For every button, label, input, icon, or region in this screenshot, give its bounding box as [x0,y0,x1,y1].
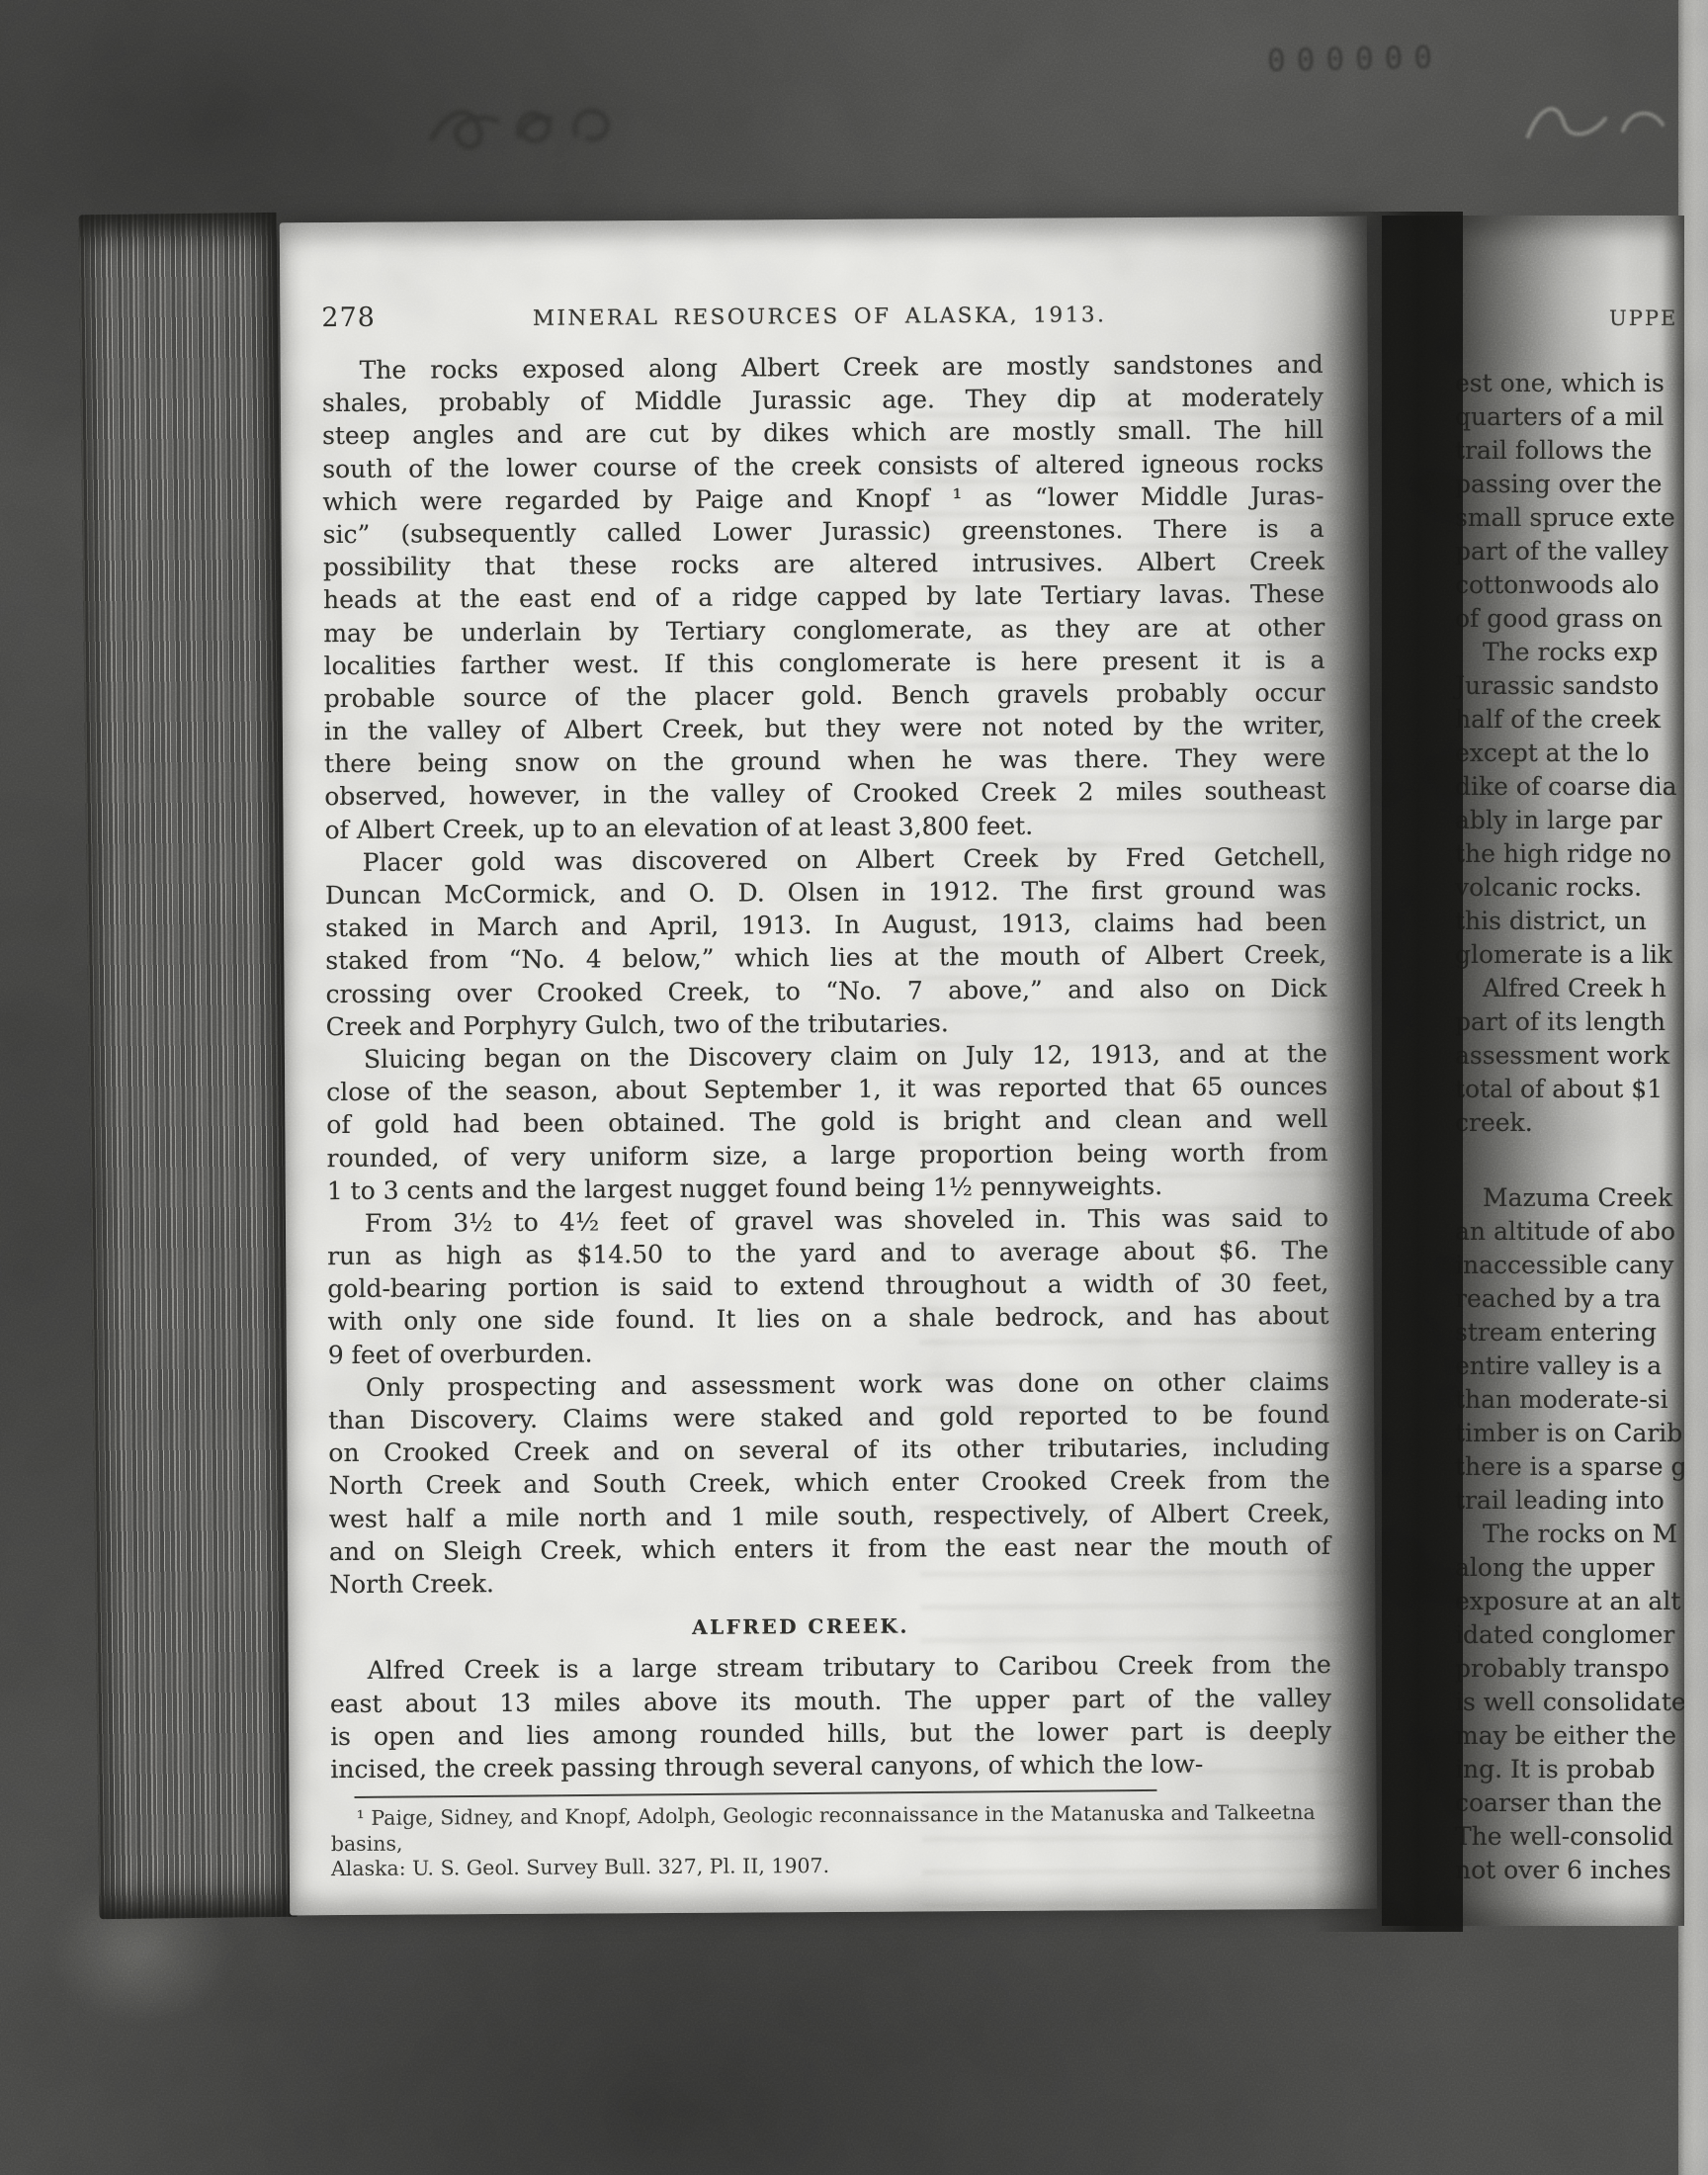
text-line-fragment: The rocks exp [1455,636,1684,669]
text-line: of gold had been obtained. The gold is b… [326,1102,1327,1141]
text-line-fragment: part of its length [1455,1005,1684,1039]
text-line-fragment: assessment work [1455,1039,1684,1073]
text-line: North Creek. [329,1562,1330,1601]
text-line: incised, the creek passing through sever… [330,1747,1331,1785]
text-line-fragment: Jurassic sandsto [1455,669,1684,703]
running-header: 278 MINERAL RESOURCES OF ALASKA, 1913. [321,296,1323,336]
text-line-fragment: ably in large par [1455,804,1684,837]
text-line-fragment: The well-consolid [1455,1820,1684,1854]
text-line-fragment: timber is on Carib [1455,1417,1684,1450]
text-line-fragment: Mazuma Creek [1455,1181,1684,1215]
text-line-fragment: cottonwoods alo [1455,568,1684,602]
text-line-fragment: The rocks on M [1455,1518,1684,1551]
body-text: The rocks exposed along Albert Creek are… [322,348,1332,1785]
text-line-fragment: trail follows the [1455,434,1684,468]
scanned-book-page: 000000 278 MINERAL RESOURCES OF ALASKA, … [0,0,1708,2175]
text-line-fragment: except at the lo [1455,737,1684,770]
text-line: crossing over Crooked Creek, to “No. 7 a… [325,971,1326,1009]
text-line-fragment: the high ridge no [1455,837,1684,871]
text-line: and on Sleigh Creek, which enters it fro… [329,1529,1330,1568]
section-paragraph-lines: Alfred Creek is a large stream tributary… [330,1648,1332,1785]
text-line-fragment: idated conglomer [1455,1618,1684,1652]
left-page: 278 MINERAL RESOURCES OF ALASKA, 1913. T… [280,217,1377,1916]
text-line-fragment: glomerate is a lik [1455,938,1684,972]
text-line: steep angles and are cut by dikes which … [322,413,1324,452]
text-line-fragment: trail leading into [1455,1484,1684,1518]
text-line-fragment: along the upper [1455,1551,1684,1585]
text-line-fragment: inaccessible cany [1455,1249,1684,1282]
section-heading: ALFRED CREEK. [329,1608,1271,1646]
text-line-fragment: probably transpo [1455,1652,1684,1686]
text-line-fragment: than moderate-si [1455,1383,1684,1417]
text-line: North Creek and South Creek, which enter… [328,1463,1329,1502]
text-line-fragment: this district, un [1455,905,1684,938]
text-line-fragment: Alfred Creek h [1455,972,1684,1005]
text-line-fragment: an altitude of abo [1455,1215,1684,1249]
text-line-fragment: dike of coarse dia [1455,770,1684,804]
right-running-header: UPPE [1382,303,1684,335]
footnote-rule [355,1789,1157,1798]
text-line-fragment: may be either the [1455,1719,1684,1753]
text-line-fragment: quarters of a mil [1455,400,1684,434]
right-body-text: est one, which isquarters of a miltrail … [1455,367,1684,1887]
text-line: with only one side found. It lies on a s… [327,1299,1328,1338]
text-line: staked from “No. 4 below,” which lies at… [325,938,1326,977]
text-line-fragment: is well consolidate [1455,1686,1684,1719]
text-line-fragment: reached by a tra [1455,1282,1684,1316]
text-line: Alfred Creek is a large stream tributary… [330,1648,1331,1687]
text-line-fragment: not over 6 inches [1455,1854,1684,1887]
footnote-line: Alaska: U. S. Geol. Survey Bull. 327, Pl… [331,1851,1332,1882]
text-line-fragment: stream entering [1455,1316,1684,1349]
text-line-fragment: entire valley is a [1455,1349,1684,1383]
text-line-fragment: ing. It is probab [1455,1753,1684,1786]
text-line-fragment: creek. [1455,1106,1684,1140]
text-line: rounded, of very uniform size, a large p… [326,1135,1327,1174]
text-line: heads at the east end of a ridge capped … [323,577,1324,616]
text-line-fragment: passing over the [1455,468,1684,501]
footnote: ¹ Paige, Sidney, and Knopf, Adolph, Geol… [330,1789,1332,1882]
text-line-fragment: coarser than the [1455,1786,1684,1820]
page-number: 278 [321,302,376,334]
text-line-fragment: part of the valley [1455,535,1684,568]
fanned-page-edges [78,213,297,1919]
text-line-fragment: of good grass on [1455,602,1684,636]
faint-stamp-digits: 000000 [1267,40,1444,79]
text-line-fragment: total of about $1 [1455,1073,1684,1106]
text-line-fragment: small spruce exte [1455,501,1684,535]
running-header-title: MINERAL RESOURCES OF ALASKA, 1913. [376,298,1324,336]
text-line-fragment: est one, which is [1455,367,1684,400]
text-line-fragment: there is a sparse g [1455,1450,1684,1484]
text-line-fragment: volcanic rocks. [1455,871,1684,905]
right-page-partial: UPPE est one, which isquarters of a milt… [1382,216,1684,1926]
text-line-fragment: half of the creek [1455,703,1684,737]
body-paragraph-lines: The rocks exposed along Albert Creek are… [322,348,1331,1601]
text-line-fragment: exposure at an alt [1455,1585,1684,1618]
text-line: observed, however, in the valley of Croo… [324,774,1325,813]
footnote-line: ¹ Paige, Sidney, and Knopf, Adolph, Geol… [331,1800,1332,1857]
